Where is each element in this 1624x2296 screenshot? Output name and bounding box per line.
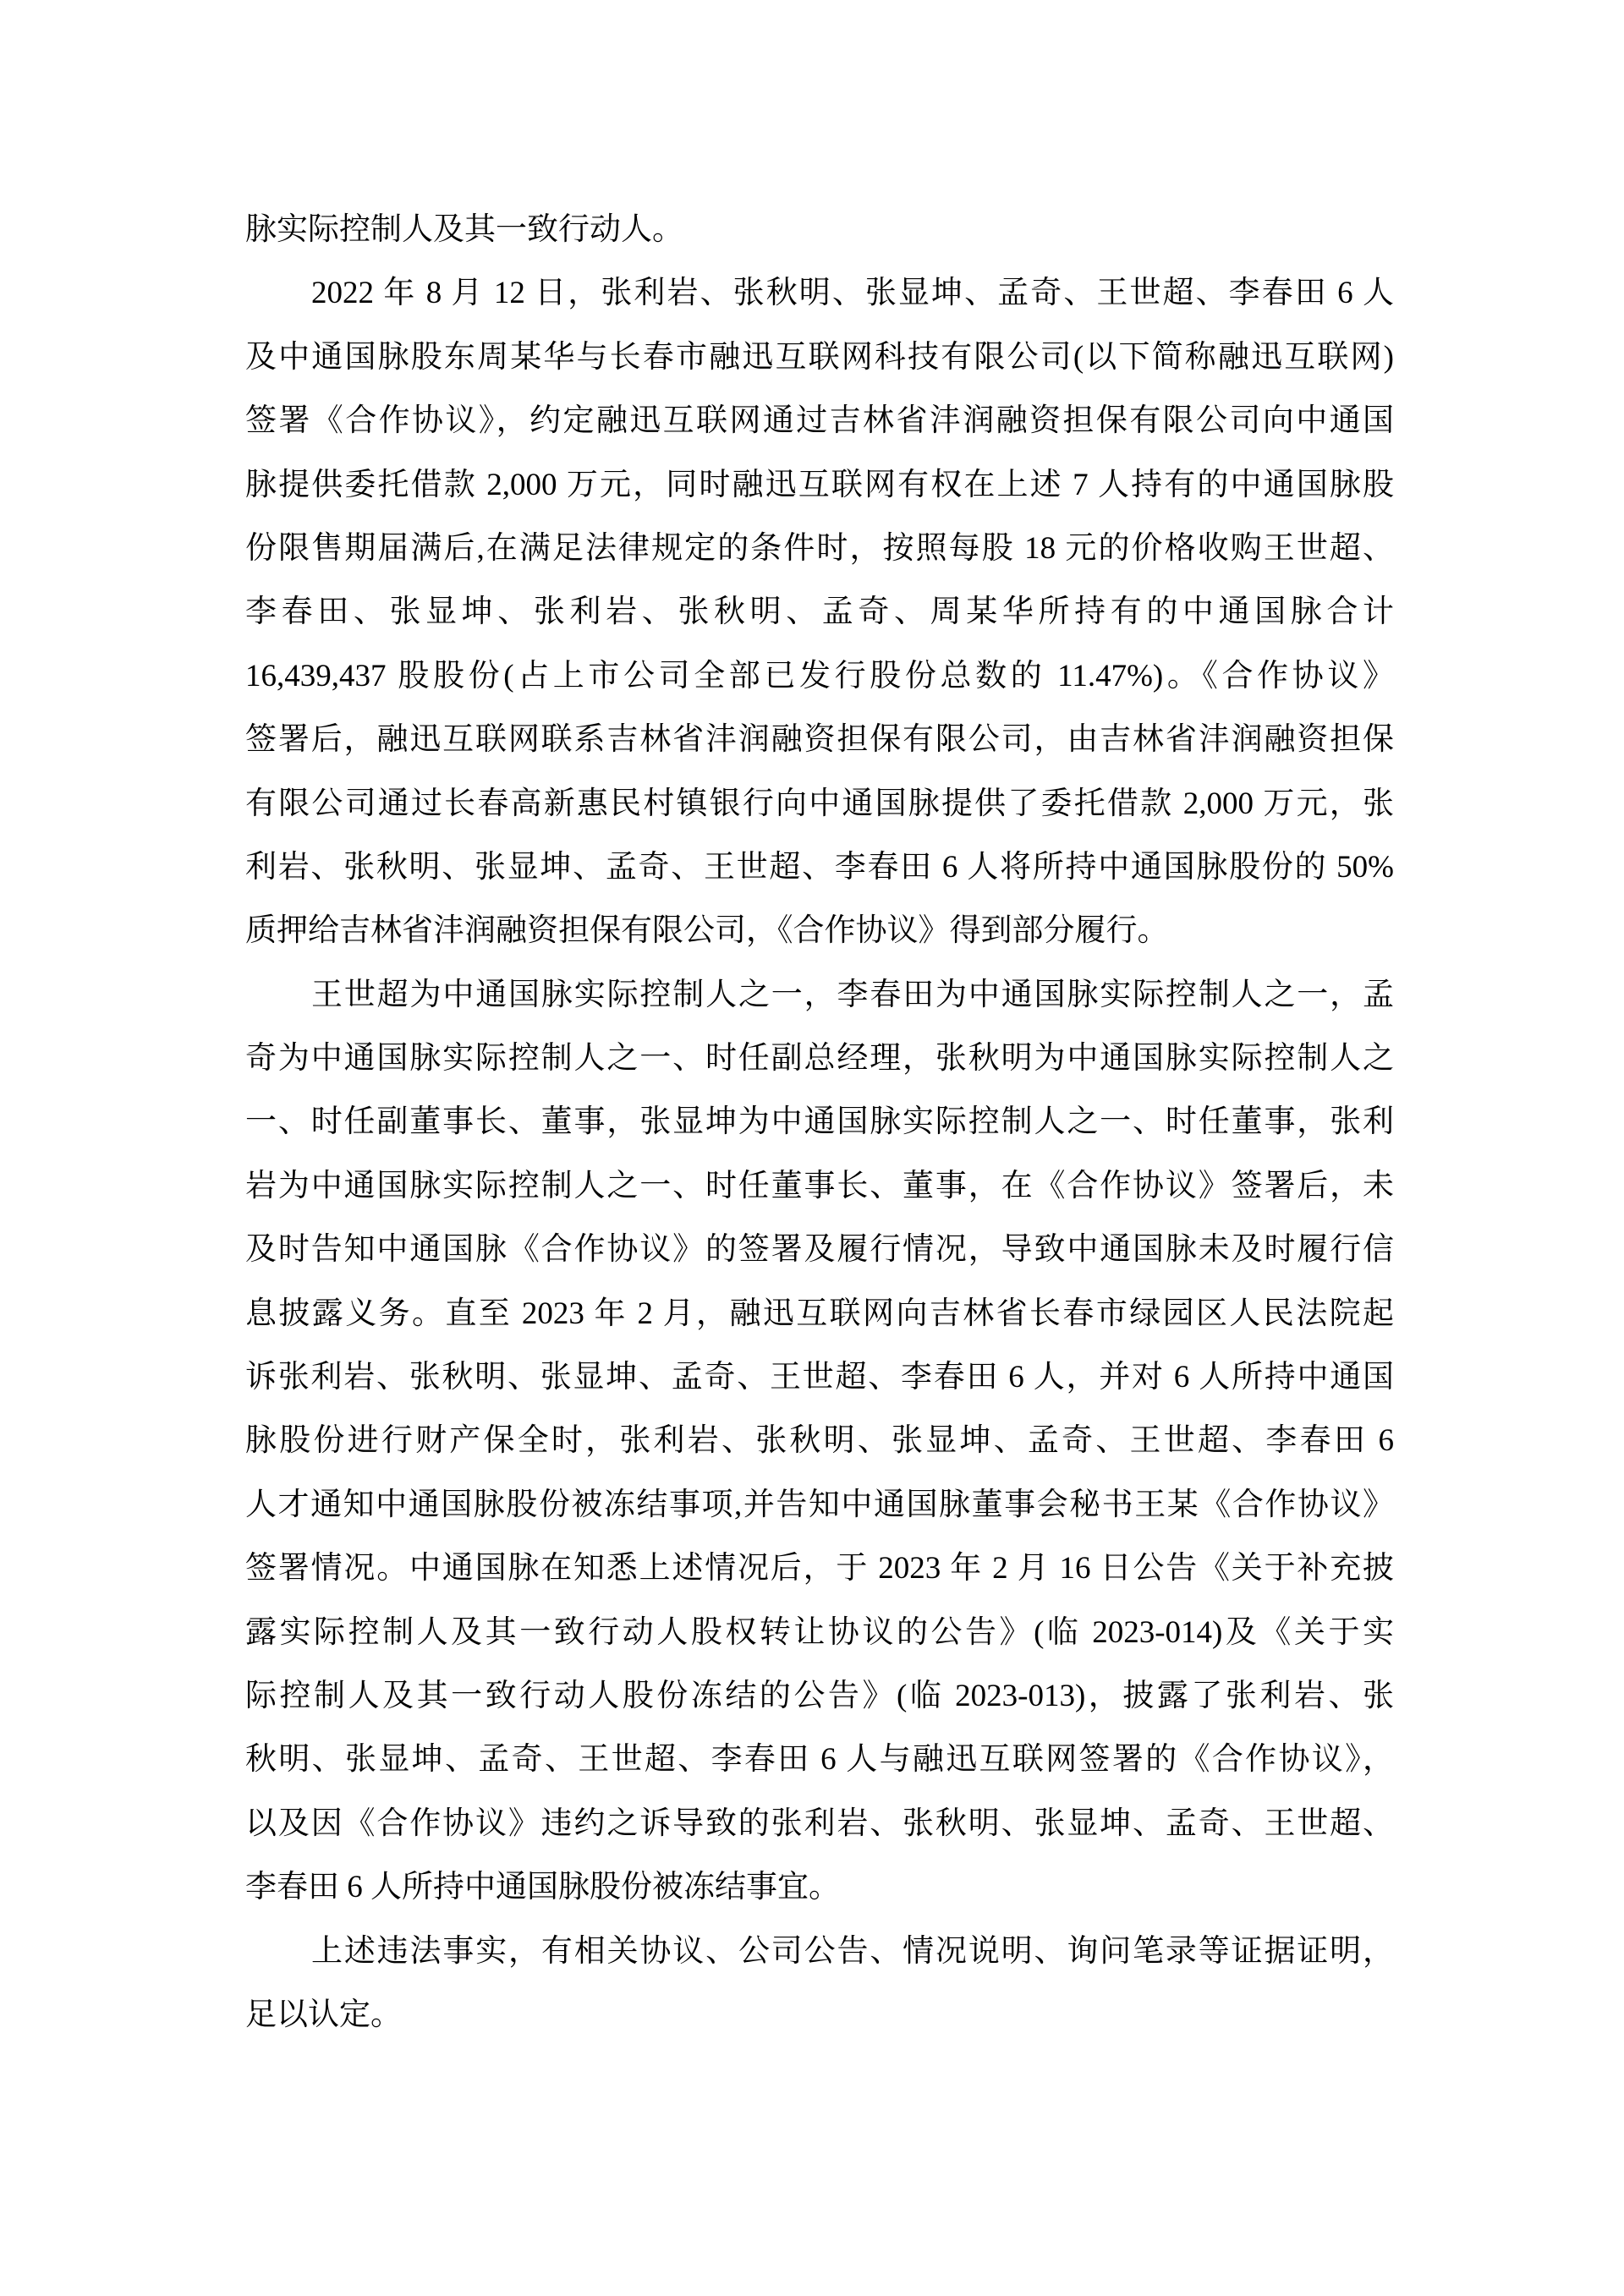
text-line: 份限售期届满后,在满足法律规定的条件时，按照每股 18 元的价格收购王世超、	[245, 517, 1394, 580]
paragraph: 王世超为中通国脉实际控制人之一，李春田为中通国脉实际控制人之一，孟奇为中通国脉实…	[245, 963, 1394, 1920]
text-line: 李春田、张显坤、张利岩、张秋明、孟奇、周某华所持有的中通国脉合计	[245, 580, 1394, 644]
text-line: 签署《合作协议》，约定融迅互联网通过吉林省沣润融资担保有限公司向中通国	[245, 389, 1394, 452]
text-line: 及时告知中通国脉《合作协议》的签署及履行情况，导致中通国脉未及时履行信	[245, 1218, 1394, 1281]
text-line: 足以认定。	[245, 1983, 1394, 2047]
text-line: 16,439,437 股股份(占上市公司全部已发行股份总数的 11.47%)。《…	[245, 644, 1394, 708]
text-line: 岩为中通国脉实际控制人之一、时任董事长、董事，在《合作协议》签署后，未	[245, 1154, 1394, 1218]
text-line: 露实际控制人及其一致行动人股权转让协议的公告》(临 2023-014)及《关于实	[245, 1601, 1394, 1664]
text-line: 息披露义务。直至 2023 年 2 月，融迅互联网向吉林省长春市绿园区人民法院起	[245, 1282, 1394, 1345]
text-line: 签署情况。中通国脉在知悉上述情况后，于 2023 年 2 月 16 日公告《关于…	[245, 1537, 1394, 1600]
text-line: 脉实际控制人及其一致行动人。	[245, 198, 1394, 261]
text-line: 王世超为中通国脉实际控制人之一，李春田为中通国脉实际控制人之一，孟	[245, 963, 1394, 1027]
text-line: 签署后，融迅互联网联系吉林省沣润融资担保有限公司，由吉林省沣润融资担保	[245, 708, 1394, 771]
paragraph: 上述违法事实，有相关协议、公司公告、情况说明、询问笔录等证据证明，足以认定。	[245, 1920, 1394, 2047]
text-line: 秋明、张显坤、孟奇、王世超、李春田 6 人与融迅互联网签署的《合作协议》，	[245, 1728, 1394, 1791]
text-line: 一、时任副董事长、董事，张显坤为中通国脉实际控制人之一、时任董事，张利	[245, 1090, 1394, 1153]
text-line: 利岩、张秋明、张显坤、孟奇、王世超、李春田 6 人将所持中通国脉股份的 50%	[245, 836, 1394, 899]
text-line: 李春田 6 人所持中通国脉股份被冻结事宜。	[245, 1855, 1394, 1919]
paragraph: 脉实际控制人及其一致行动人。	[245, 198, 1394, 261]
text-line: 诉张利岩、张秋明、张显坤、孟奇、王世超、李春田 6 人，并对 6 人所持中通国	[245, 1345, 1394, 1409]
text-line: 上述违法事实，有相关协议、公司公告、情况说明、询问笔录等证据证明，	[245, 1920, 1394, 1983]
document-page: 脉实际控制人及其一致行动人。2022 年 8 月 12 日，张利岩、张秋明、张显…	[0, 0, 1624, 2296]
text-line: 质押给吉林省沣润融资担保有限公司，《合作协议》得到部分履行。	[245, 899, 1394, 962]
paragraph: 2022 年 8 月 12 日，张利岩、张秋明、张显坤、孟奇、王世超、李春田 6…	[245, 261, 1394, 962]
text-line: 奇为中通国脉实际控制人之一、时任副总经理，张秋明为中通国脉实际控制人之	[245, 1027, 1394, 1090]
text-line: 际控制人及其一致行动人股份冻结的公告》(临 2023-013)，披露了张利岩、张	[245, 1664, 1394, 1728]
document-body: 脉实际控制人及其一致行动人。2022 年 8 月 12 日，张利岩、张秋明、张显…	[245, 198, 1394, 2047]
text-line: 及中通国脉股东周某华与长春市融迅互联网科技有限公司(以下简称融迅互联网)	[245, 326, 1394, 389]
text-line: 以及因《合作协议》违约之诉导致的张利岩、张秋明、张显坤、孟奇、王世超、	[245, 1792, 1394, 1855]
text-line: 脉股份进行财产保全时，张利岩、张秋明、张显坤、孟奇、王世超、李春田 6	[245, 1409, 1394, 1472]
text-line: 脉提供委托借款 2,000 万元，同时融迅互联网有权在上述 7 人持有的中通国脉…	[245, 453, 1394, 517]
text-line: 有限公司通过长春高新惠民村镇银行向中通国脉提供了委托借款 2,000 万元，张	[245, 772, 1394, 836]
text-line: 2022 年 8 月 12 日，张利岩、张秋明、张显坤、孟奇、王世超、李春田 6…	[245, 261, 1394, 325]
text-line: 人才通知中通国脉股份被冻结事项,并告知中通国脉董事会秘书王某《合作协议》	[245, 1473, 1394, 1537]
